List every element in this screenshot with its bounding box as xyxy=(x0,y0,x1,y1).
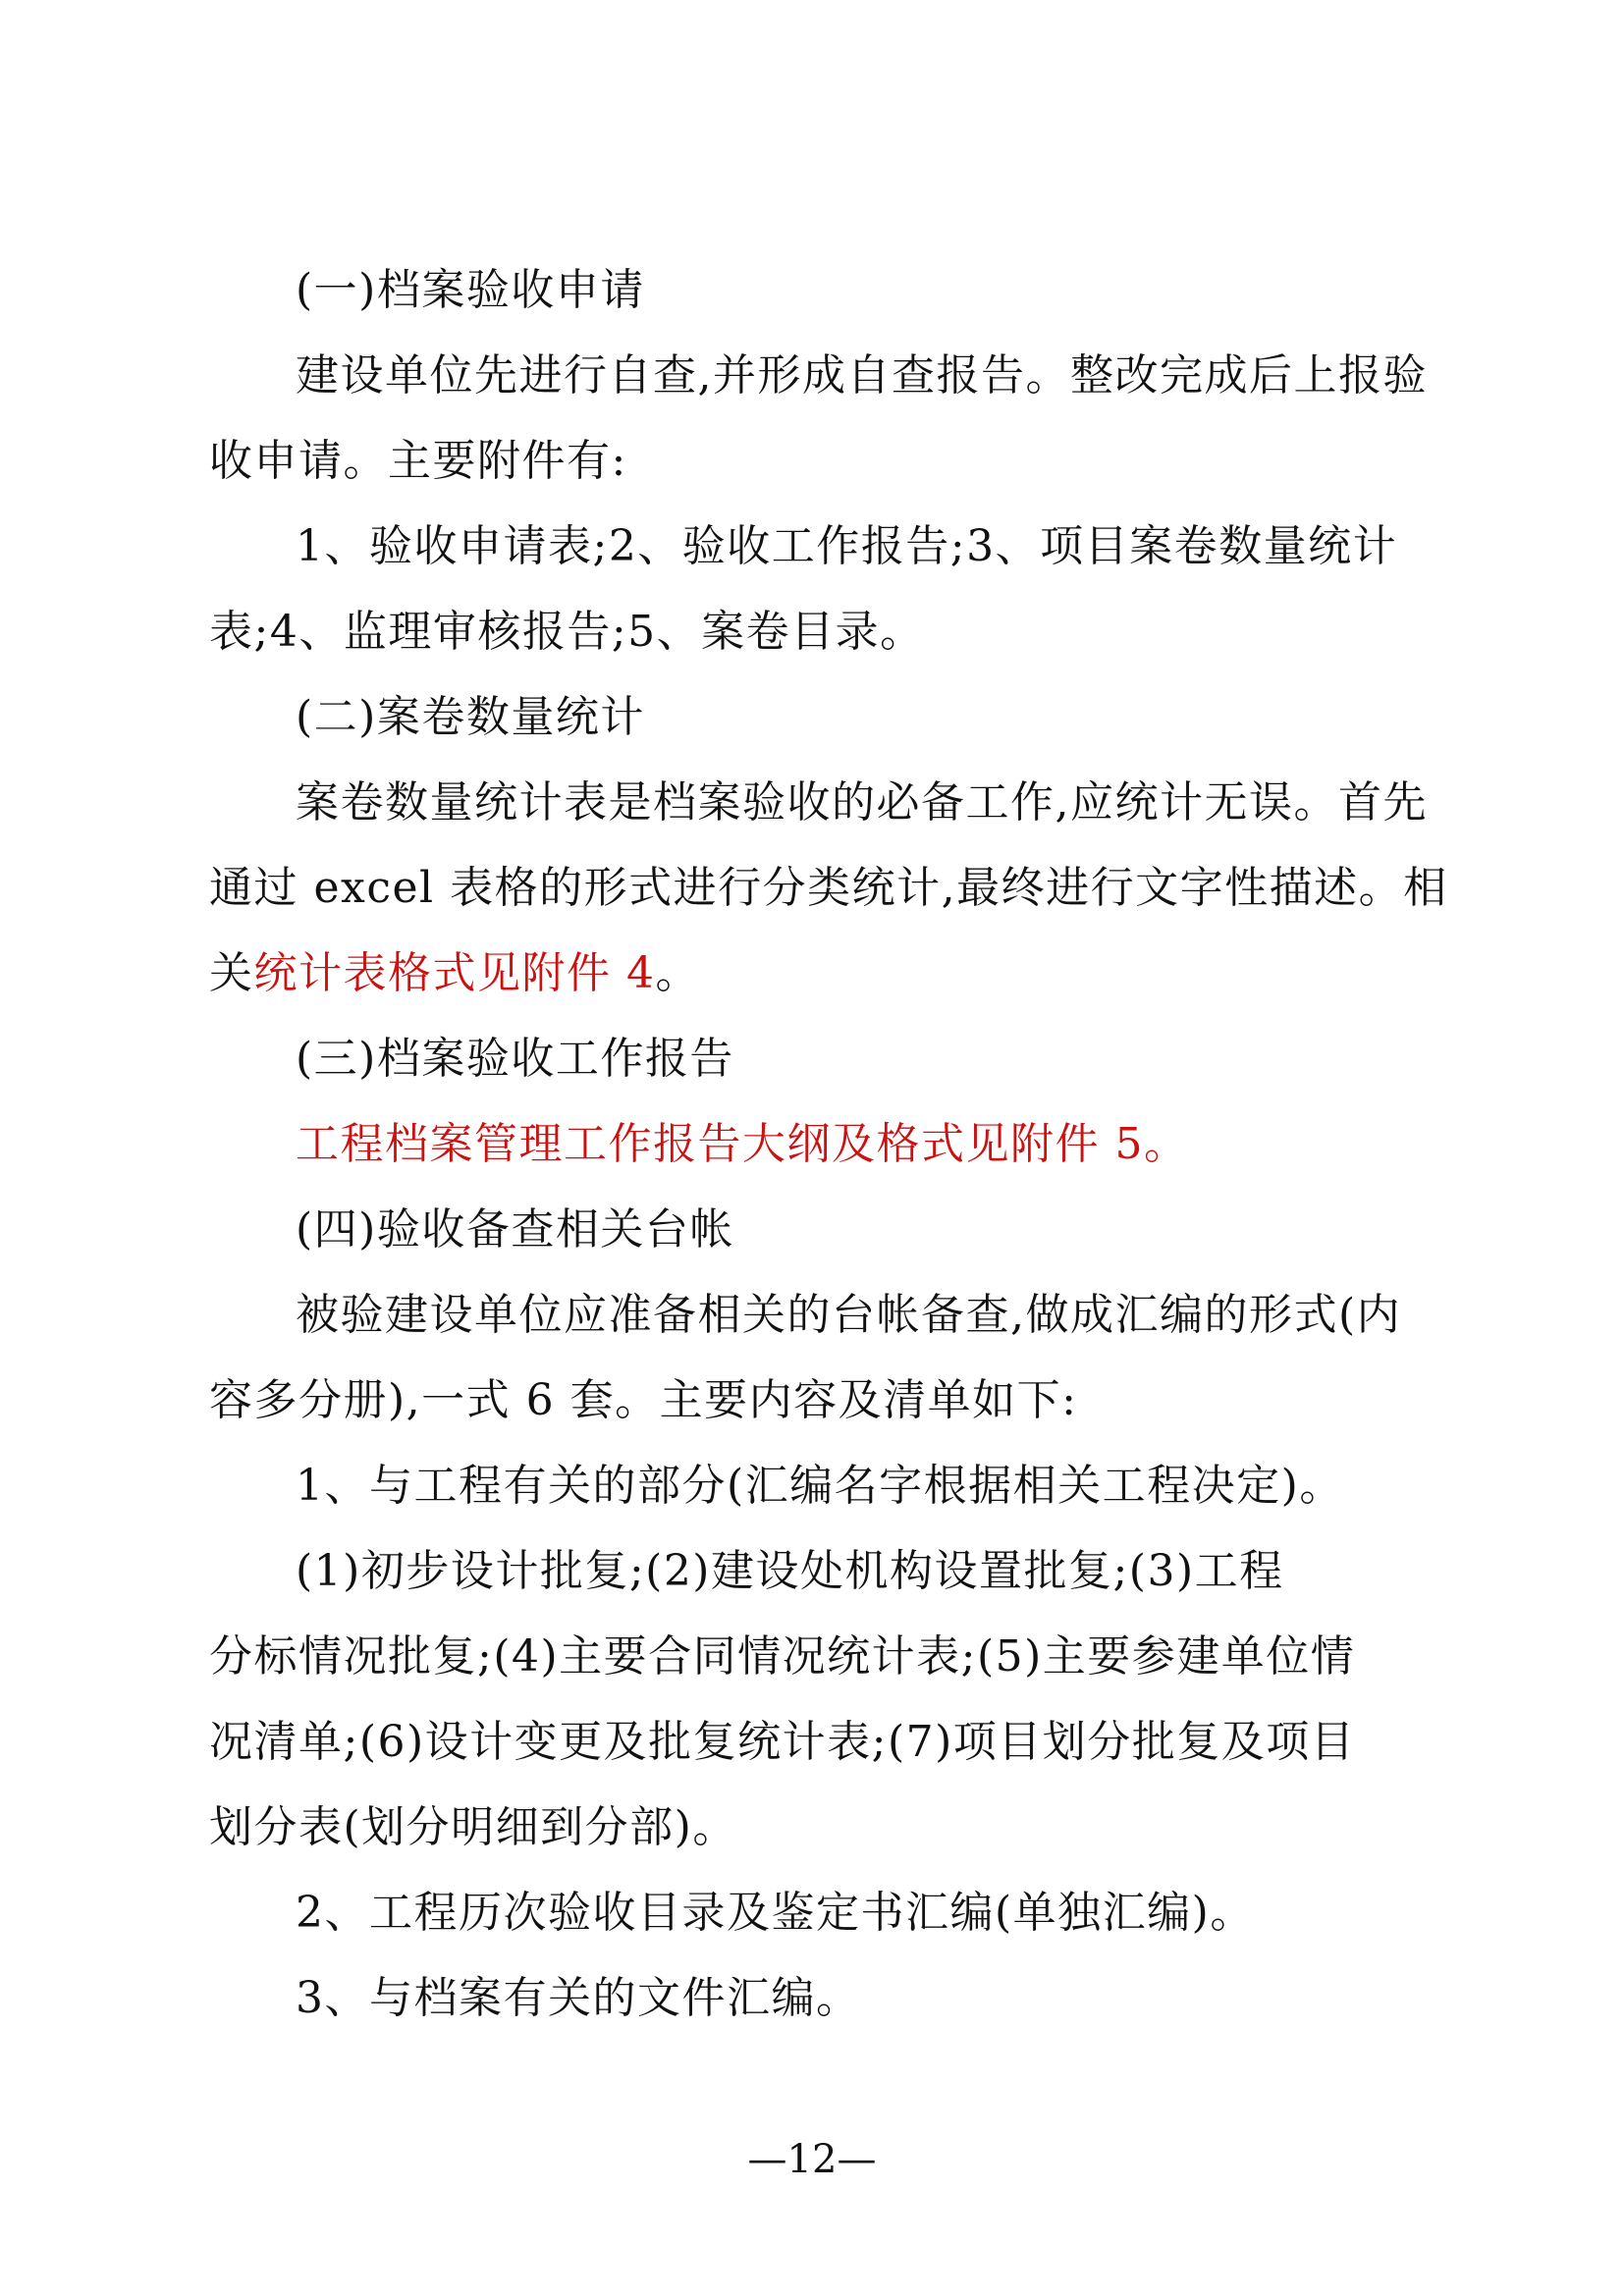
text-line: 表;4、监理审核报告;5、案卷目录。 xyxy=(209,589,1432,674)
text-line: (二)案卷数量统计 xyxy=(209,674,1432,760)
text-line: 通过 excel 表格的形式进行分类统计,最终进行文字性描述。相 xyxy=(209,845,1432,931)
red-text-segment: 工程档案管理工作报告大纲及格式见附件 5。 xyxy=(296,1119,1188,1169)
text-segment: (三)档案验收工作报告 xyxy=(296,1034,734,1084)
text-line: 被验建设单位应准备相关的台帐备查,做成汇编的形式(内 xyxy=(209,1272,1432,1358)
text-line: 1、与工程有关的部分(汇编名字根据相关工程决定)。 xyxy=(209,1443,1432,1528)
text-line: 划分表(划分明细到分部)。 xyxy=(209,1785,1432,1870)
text-segment: 3、与档案有关的文件汇编。 xyxy=(296,1973,861,2023)
red-text-segment: 统计表格式见附件 4 xyxy=(254,948,656,998)
text-line: 3、与档案有关的文件汇编。 xyxy=(209,1955,1432,2041)
text-segment: 1、与工程有关的部分(汇编名字根据相关工程决定)。 xyxy=(296,1461,1344,1511)
text-line: 况清单;(6)设计变更及批复统计表;(7)项目划分批复及项目 xyxy=(209,1699,1432,1785)
text-segment: 建设单位先进行自查,并形成自查报告。整改完成后上报验 xyxy=(296,350,1428,400)
page-number: —12— xyxy=(748,2137,877,2182)
text-line: 建设单位先进行自查,并形成自查报告。整改完成后上报验 xyxy=(209,333,1432,418)
text-segment: 划分表(划分明细到分部)。 xyxy=(209,1802,737,1852)
text-line: 案卷数量统计表是档案验收的必备工作,应统计无误。首先 xyxy=(209,760,1432,845)
text-line: (四)验收备查相关台帐 xyxy=(209,1187,1432,1272)
text-line: 容多分册),一式 6 套。主要内容及清单如下: xyxy=(209,1358,1432,1443)
text-segment: 2、工程历次验收目录及鉴定书汇编(单独汇编)。 xyxy=(296,1888,1255,1938)
text-segment: 1、验收申请表;2、验收工作报告;3、项目案卷数量统计 xyxy=(296,521,1397,571)
text-body: (一)档案验收申请建设单位先进行自查,并形成自查报告。整改完成后上报验收申请。主… xyxy=(209,247,1432,2041)
document-page: (一)档案验收申请建设单位先进行自查,并形成自查报告。整改完成后上报验收申请。主… xyxy=(0,0,1624,2296)
text-segment: (四)验收备查相关台帐 xyxy=(296,1204,734,1255)
text-line: 分标情况批复;(4)主要合同情况统计表;(5)主要参建单位情 xyxy=(209,1614,1432,1699)
text-segment: 关 xyxy=(209,948,254,998)
text-line: 2、工程历次验收目录及鉴定书汇编(单独汇编)。 xyxy=(209,1870,1432,1955)
text-segment: 被验建设单位应准备相关的台帐备查,做成汇编的形式(内 xyxy=(296,1290,1401,1340)
text-segment: 分标情况批复;(4)主要合同情况统计表;(5)主要参建单位情 xyxy=(209,1631,1355,1682)
text-line: (1)初步设计批复;(2)建设处机构设置批复;(3)工程 xyxy=(209,1528,1432,1614)
text-segment: (1)初步设计批复;(2)建设处机构设置批复;(3)工程 xyxy=(296,1546,1284,1596)
text-segment: 容多分册),一式 6 套。主要内容及清单如下: xyxy=(209,1375,1077,1425)
text-line: 1、验收申请表;2、验收工作报告;3、项目案卷数量统计 xyxy=(209,504,1432,589)
text-line: 收申请。主要附件有: xyxy=(209,418,1432,504)
text-segment: 况清单;(6)设计变更及批复统计表;(7)项目划分批复及项目 xyxy=(209,1717,1355,1767)
page-footer: —12— xyxy=(0,2136,1624,2183)
text-segment: 表;4、监理审核报告;5、案卷目录。 xyxy=(209,607,925,657)
text-segment: 案卷数量统计表是档案验收的必备工作,应统计无误。首先 xyxy=(296,777,1428,828)
text-segment: 通过 excel 表格的形式进行分类统计,最终进行文字性描述。相 xyxy=(209,863,1448,913)
text-line: (一)档案验收申请 xyxy=(209,247,1432,333)
text-line: (三)档案验收工作报告 xyxy=(209,1016,1432,1101)
text-segment: (二)案卷数量统计 xyxy=(296,692,645,742)
text-segment: (一)档案验收申请 xyxy=(296,265,645,315)
text-line: 工程档案管理工作报告大纲及格式见附件 5。 xyxy=(209,1101,1432,1187)
text-line: 关统计表格式见附件 4。 xyxy=(209,931,1432,1016)
text-segment: 收申请。主要附件有: xyxy=(209,436,627,486)
text-segment: 。 xyxy=(655,948,700,998)
